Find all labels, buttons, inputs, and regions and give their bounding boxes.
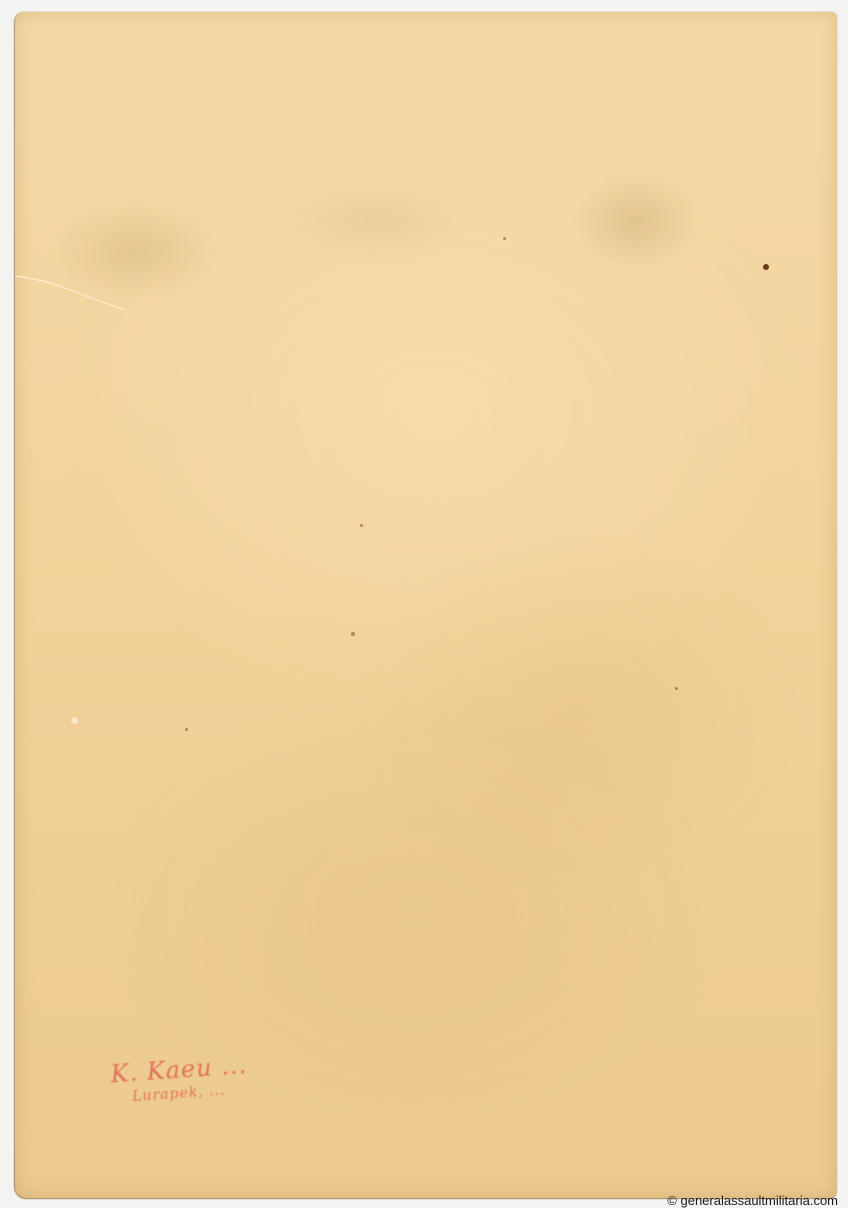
corner-crease <box>15 272 135 312</box>
stain-speck <box>360 524 363 527</box>
stain-speck <box>351 632 355 636</box>
stain-speck <box>71 717 78 724</box>
stain-speck <box>185 728 188 731</box>
stain-speck <box>763 264 769 270</box>
stain-speck <box>503 237 506 240</box>
pencil-annotation: K. Kaeu ... Lurapek, ... <box>110 1044 353 1107</box>
copyright-watermark: © generalassaultmilitaria.com <box>667 1193 838 1208</box>
stain-speck <box>675 687 678 690</box>
cabinet-card-back: K. Kaeu ... Lurapek, ... <box>14 12 837 1199</box>
